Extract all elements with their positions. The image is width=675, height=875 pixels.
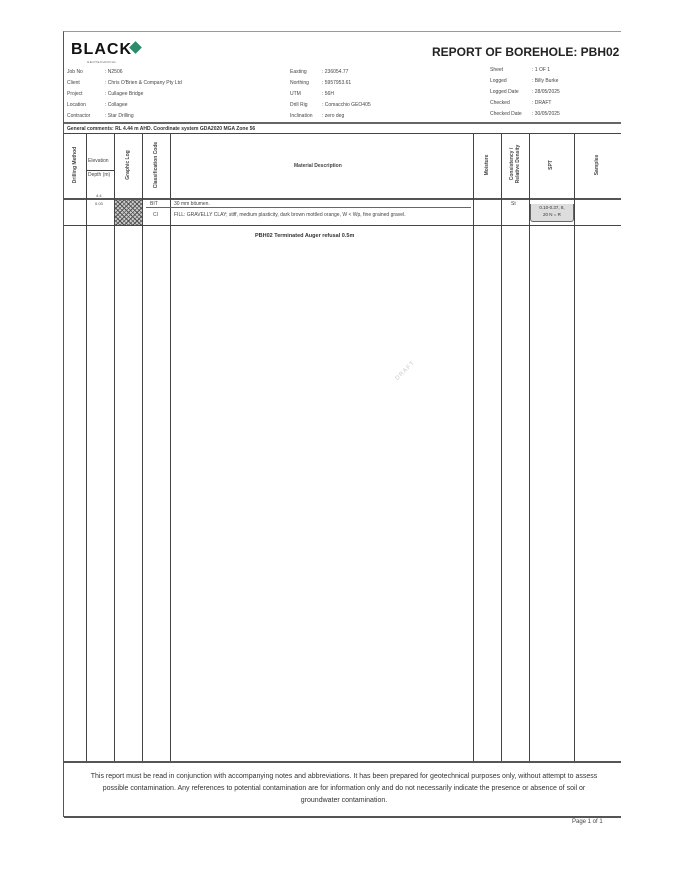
- meta-key: Drill Rig: [290, 102, 322, 113]
- meta-key: Project: [67, 91, 105, 102]
- layer-description: FILL: GRAVELLY CLAY; stiff, medium plast…: [174, 212, 406, 218]
- divider: [64, 761, 621, 763]
- northing: : 5957953.61: [322, 80, 351, 91]
- col-samples: Samples: [594, 140, 600, 190]
- col-consistency: Consistency /Relative Density: [509, 129, 521, 199]
- meta-key: Location: [67, 102, 105, 113]
- meta-mid: Easting: 236054.77 Northing: 5957953.61 …: [290, 69, 371, 124]
- job-no: : N2506: [105, 69, 123, 80]
- borehole-report-page: BLACK GEOTECHNICAL REPORT OF BOREHOLE: P…: [63, 31, 621, 817]
- meta-right: Sheet: 1 OF 1 Logged: Billy Burke Logged…: [490, 67, 560, 122]
- column-line: [114, 133, 115, 761]
- meta-key: Logged: [490, 78, 532, 89]
- column-line: [142, 133, 143, 761]
- col-elevation: Elevation: [88, 158, 109, 164]
- divider: [64, 133, 621, 134]
- column-line: [574, 133, 575, 761]
- column-line: [529, 133, 530, 761]
- project: : Cullagee Bridge: [105, 91, 143, 102]
- logged-by: : Billy Burke: [532, 78, 558, 89]
- page-number: Page 1 of 1: [572, 819, 603, 825]
- spt-line1: 0.10-0.37, 8,: [539, 205, 564, 210]
- col-consistency-line2: Relative Density: [515, 145, 521, 184]
- column-line: [473, 133, 474, 761]
- column-line: [170, 133, 171, 761]
- col-spt: SPT: [548, 140, 554, 190]
- meta-key: Logged Date: [490, 89, 532, 100]
- divider: [64, 225, 621, 226]
- meta-key: Checked: [490, 100, 532, 111]
- col-depth: Depth (m): [88, 172, 110, 178]
- disclaimer-text: This report must be read in conjunction …: [84, 771, 604, 807]
- meta-key: UTM: [290, 91, 322, 102]
- depth-value: 0.03: [95, 201, 103, 206]
- col-moisture: Moisture: [484, 140, 490, 190]
- column-line: [86, 133, 87, 761]
- column-line: [501, 133, 502, 761]
- spt-result: 0.10-0.37, 8,20 N = R: [530, 204, 574, 222]
- col-classification-code: Classification Code: [153, 130, 159, 200]
- company-logo: BLACK GEOTECHNICAL: [71, 41, 140, 65]
- layer-description: 30 mm bitumen.: [174, 201, 210, 207]
- divider: [64, 122, 621, 124]
- graphic-log-pattern: [115, 200, 142, 225]
- col-material-description: Material Description: [294, 163, 342, 169]
- divider: [64, 816, 621, 818]
- meta-key: Sheet: [490, 67, 532, 78]
- meta-left: Job No: N2506 Client: Chris O'Brien & Co…: [67, 69, 182, 124]
- general-comments: General comments: RL 4.44 m AHD. Coordin…: [67, 126, 255, 132]
- logged-date: : 28/05/2025: [532, 89, 560, 100]
- divider: [64, 198, 621, 200]
- drill-rig: : Comacchio GEO405: [322, 102, 371, 113]
- draft-watermark: DRAFT: [395, 360, 417, 382]
- consistency-value: St: [511, 201, 516, 207]
- termination-note: PBH02 Terminated Auger refusal 0.5m: [255, 233, 354, 239]
- classification-ci: CI: [153, 212, 158, 218]
- divider: [86, 170, 114, 171]
- client: : Chris O'Brien & Company Pty Ltd: [105, 80, 182, 91]
- utm: : 56H: [322, 91, 334, 102]
- easting: : 236054.77: [322, 69, 348, 80]
- col-drilling-method: Drilling Method: [72, 140, 78, 190]
- logo-text: BLACK: [71, 41, 132, 58]
- meta-key: Client: [67, 80, 105, 91]
- meta-key: Checked Date: [490, 111, 532, 122]
- meta-key: Easting: [290, 69, 322, 80]
- meta-key: Northing: [290, 80, 322, 91]
- location: : Collagee: [105, 102, 128, 113]
- checked-date: : 30/05/2025: [532, 111, 560, 122]
- col-graphic-log: Graphic Log: [125, 140, 131, 190]
- report-title: REPORT OF BOREHOLE: PBH02: [432, 45, 619, 59]
- spt-line2: 20 N = R: [543, 212, 561, 217]
- checked-by: : DRAFT: [532, 100, 551, 111]
- sheet: : 1 OF 1: [532, 67, 550, 78]
- elevation-value: 4.4: [96, 193, 102, 198]
- meta-key: Job No: [67, 69, 105, 80]
- layer-boundary: [146, 207, 471, 208]
- logo-tagline: GEOTECHNICAL: [87, 60, 117, 64]
